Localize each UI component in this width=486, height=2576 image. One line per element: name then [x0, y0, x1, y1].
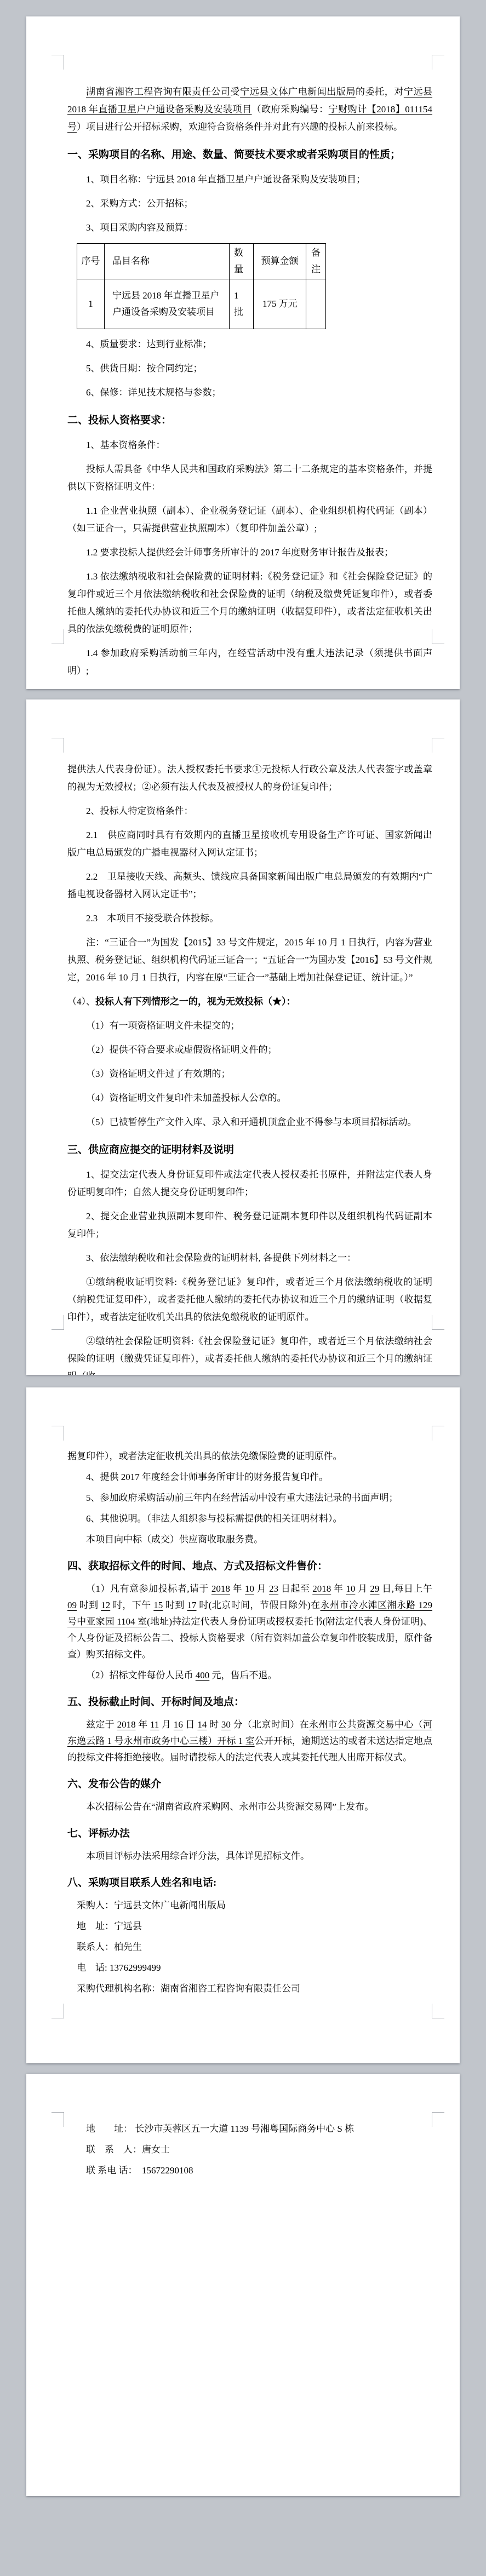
paragraph: 2.2 卫星接收天线、高频头、馈线应具备国家新闻出版广电总局颁发的有效期内“广播…	[67, 868, 432, 903]
paragraph: 2.1 供应商同时具有有效期内的直播卫星接收机专用设备生产许可证、国家新闻出版广…	[67, 827, 432, 862]
paragraph: 2、提交企业营业执照副本复印件、税务登记证副本复印件以及组织机构代码证副本复印件…	[67, 1208, 432, 1243]
text-run: 分（北京时间）在	[231, 1719, 309, 1730]
paragraph: 联 系 人：唐女士	[67, 2142, 432, 2158]
paragraph: 本次招标公告在“湖南省政府采购网、永州市公共资源交易网”上发布。	[67, 1799, 432, 1815]
paragraph: 1.3 依法缴纳税收和社会保险费的证明材料:《税务登记证》和《社会保险登记证》的…	[67, 568, 432, 638]
text-run: 17	[187, 1600, 197, 1610]
text-run: 时到	[163, 1600, 187, 1610]
table-cell	[306, 279, 326, 329]
procurement-table: 序号品目名称数量预算金额备注1宁远县 2018 年直播卫星户户通设备采购及安装项…	[77, 243, 326, 329]
text-run: 16	[174, 1719, 183, 1730]
margin-mark-br	[432, 1315, 444, 1330]
page-2: 提供法人代表身份证）。法人授权委托书要求①无投标人行政公章及法人代表签字或盖章的…	[26, 699, 460, 1375]
text-run: 2018	[312, 1584, 331, 1594]
paragraph: （1）有一项资格证明文件未提交的；	[67, 1017, 432, 1035]
text-run: 11	[150, 1719, 159, 1730]
paragraph: （3）资格证明文件过了有效期的；	[67, 1065, 432, 1083]
table-header-row: 序号品目名称数量预算金额备注	[77, 244, 326, 279]
section-heading: 一、采购项目的名称、用途、数量、简要技术要求或者采购项目的性质；	[67, 146, 432, 164]
text-run: 日起至	[278, 1584, 312, 1594]
paragraph: （5）已被暂停生产文件入库、录入和开通机顶盒企业不得参与本项目招标活动。	[67, 1114, 432, 1131]
text-run: ）项目进行公开招标采购，欢迎符合资格条件并对此有兴趣的投标人前来投标。	[77, 122, 403, 132]
paragraph: 1.4 参加政府采购活动前三年内，在经营活动中没有重大违法记录（须提供书面声明）…	[67, 645, 432, 680]
text-run: 29	[370, 1584, 379, 1594]
text-run: 2018	[211, 1584, 230, 1594]
paragraph: 提供法人代表身份证）。法人授权委托书要求①无投标人行政公章及法人代表签字或盖章的…	[67, 761, 432, 796]
margin-mark-tl	[52, 2112, 64, 2127]
section-heading: 八、采购项目联系人姓名和电话:	[67, 1874, 432, 1892]
section-heading: 七、评标办法	[67, 1825, 432, 1843]
page-content: 据复印件），或者法定征收机关出具的依法免缴保险费的证明原件。4、提供 2017 …	[67, 1387, 432, 2001]
text-run: 10	[346, 1584, 355, 1594]
text-run: 10	[245, 1584, 254, 1594]
text-run: 月	[254, 1584, 269, 1594]
paragraph: （1）凡有意参加投标者,请于 2018 年 10 月 23 日起至 2018 年…	[67, 1581, 432, 1663]
table-cell: 宁远县 2018 年直播卫星户户通设备采购及安装项目	[105, 279, 230, 329]
paragraph: ②缴纳社会保险证明资料:《社会保险登记证》复印件，或者近三个月依法缴纳社会保险的…	[67, 1333, 432, 1375]
text-run: 年	[230, 1584, 245, 1594]
section-heading: 四、获取招标文件的时间、地点、方式及招标文件售价：	[67, 1558, 432, 1575]
text-run: 年	[331, 1584, 346, 1594]
paragraph: 电 话: 13762999499	[67, 1960, 432, 1976]
paragraph: 1.5 法人授权委托书原件和被授权代表身份证（授权代表由法人代表本人担任的，仅须	[67, 686, 432, 689]
paragraph: 5、供货日期：按合同约定；	[67, 360, 432, 377]
table-header-cell: 数量	[230, 244, 254, 279]
table-header-cell: 预算金额	[254, 244, 306, 279]
table-header-cell: 品目名称	[105, 244, 230, 279]
margin-mark-br	[432, 2004, 444, 2018]
text-run: （1）凡有意参加投标者,请于	[86, 1584, 211, 1594]
paragraph: 2.3 本项目不接受联合体投标。	[67, 910, 432, 927]
margin-mark-bl	[52, 2004, 64, 2018]
page-1: 湖南省湘咨工程咨询有限责任公司受宁远县文体广电新闻出版局的委托，对宁远县 201…	[26, 16, 460, 689]
margin-mark-tl	[52, 55, 64, 70]
section-heading: 五、投标截止时间、开标时间及地点：	[67, 1694, 432, 1711]
paragraph: 地 址：宁远县	[67, 1918, 432, 1935]
paragraph: 2、采购方式：公开招标；	[67, 195, 432, 213]
paragraph: 1.1 企业营业执照（副本）、企业税务登记证（副本）、企业组织机构代码证（副本）…	[67, 502, 432, 537]
text-run: 12	[101, 1600, 110, 1610]
margin-mark-tr	[432, 2112, 444, 2127]
paragraph: 注：“三证合一”为国发【2015】33 号文件规定，2015 年 10 月 1 …	[67, 934, 432, 986]
table-header-cell: 备注	[306, 244, 326, 279]
margin-mark-br	[432, 629, 444, 644]
paragraph: 6、保修：详见技术规格与参数；	[67, 384, 432, 401]
margin-mark-tr	[432, 738, 444, 753]
text-run: 元，售后不退。	[209, 1670, 277, 1680]
paragraph: 本项目向中标（成交）供应商收取服务费。	[67, 1531, 432, 1548]
text-run: 宁远县文体广电新闻出版局	[240, 87, 356, 97]
margin-mark-tr	[432, 1426, 444, 1441]
section-heading: 六、发布公告的媒介	[67, 1776, 432, 1793]
text-run: 14	[197, 1719, 207, 1730]
paragraph: 湖南省湘咨工程咨询有限责任公司受宁远县文体广电新闻出版局的委托，对宁远县 201…	[67, 83, 432, 136]
text-run: 日	[183, 1719, 197, 1730]
text-run: 投标人有下列情形之一的，视为无效投标（★）：	[95, 996, 296, 1007]
table-row: 1宁远县 2018 年直播卫星户户通设备采购及安装项目1 批175 万元	[77, 279, 326, 329]
paragraph: 5、参加政府采购活动前三年内在经营活动中没有重大违法记录的书面声明；	[67, 1490, 432, 1506]
table-header-cell: 序号	[77, 244, 105, 279]
paragraph: 1、项目名称：宁远县 2018 年直播卫星户户通设备采购及安装项目；	[67, 171, 432, 188]
paragraph: 2、投标人特定资格条件：	[67, 802, 432, 820]
margin-mark-bl	[52, 1315, 64, 1330]
paragraph: 3、项目采购内容及预算：	[67, 219, 432, 237]
paragraph: （2）招标文件每份人民币 400 元，售后不退。	[67, 1667, 432, 1684]
paragraph: 地 址： 长沙市芙蓉区五一大道 1139 号湘粤国际商务中心 S 栋	[67, 2121, 432, 2137]
margin-mark-tl	[52, 738, 64, 753]
text-run: 兹定于	[86, 1719, 117, 1730]
page-content: 提供法人代表身份证）。法人授权委托书要求①无投标人行政公章及法人代表签字或盖章的…	[67, 699, 432, 1375]
table-cell: 1	[77, 279, 105, 329]
paragraph: ①缴纳税收证明资料:《税务登记证》复印件，或者近三个月依法缴纳税收的证明（纳税凭…	[67, 1273, 432, 1326]
document-viewer: 湖南省湘咨工程咨询有限责任公司受宁远县文体广电新闻出版局的委托，对宁远县 201…	[0, 0, 486, 2576]
table-cell: 175 万元	[254, 279, 306, 329]
paragraph: （2）提供不符合要求或虚假资格证明文件的；	[67, 1041, 432, 1059]
paragraph: 据复印件），或者法定征收机关出具的依法免缴保险费的证明原件。	[67, 1448, 432, 1465]
text-run: 年	[136, 1719, 150, 1730]
paragraph: 联 系电 话： 15672290108	[67, 2162, 432, 2179]
paragraph: 兹定于 2018 年 11 月 16 日 14 时 30 分（北京时间）在永州市…	[67, 1717, 432, 1766]
text-run: 时(北京时间，节假日除外)在	[197, 1600, 321, 1610]
paragraph: （4）、投标人有下列情形之一的，视为无效投标（★）：	[67, 993, 432, 1011]
text-run: 15	[153, 1600, 163, 1610]
paragraph: 投标人需具备《中华人民共和国政府采购法》第二十二条规定的基本资格条件，并提供以下…	[67, 461, 432, 496]
text-run: 09	[67, 1600, 77, 1610]
text-run: 时到	[77, 1600, 101, 1610]
paragraph: 4、提供 2017 年度经会计师事务所审计的财务报告复印件。	[67, 1469, 432, 1485]
text-run: 月	[159, 1719, 173, 1730]
text-run: 日,每日上午	[379, 1584, 432, 1594]
page-content: 地 址： 长沙市芙蓉区五一大道 1139 号湘粤国际商务中心 S 栋联 系 人：…	[67, 2074, 432, 2183]
text-run: 月	[355, 1584, 370, 1594]
paragraph: 1、提交法定代表人身份证复印件或法定代表人授权委托书原件，并附法定代表人身份证明…	[67, 1166, 432, 1201]
text-run: 23	[269, 1584, 278, 1594]
page-content: 湖南省湘咨工程咨询有限责任公司受宁远县文体广电新闻出版局的委托，对宁远县 201…	[67, 16, 432, 689]
text-run: 2018	[117, 1719, 136, 1730]
margin-mark-tl	[52, 1426, 64, 1441]
text-run: （4）、	[67, 996, 95, 1007]
paragraph: 采购人：宁远县文体广电新闻出版局	[67, 1897, 432, 1914]
table-cell: 1 批	[230, 279, 254, 329]
paragraph: 1.2 要求投标人提供经会计师事务所审计的 2017 年度财务审计报告及报表；	[67, 544, 432, 561]
paragraph: 4、质量要求：达到行业标准；	[67, 336, 432, 353]
section-heading: 二、投标人资格要求：	[67, 411, 432, 430]
text-run: 30	[221, 1719, 231, 1730]
section-heading: 三、供应商应提交的证明材料及说明	[67, 1141, 432, 1160]
text-run: （政府采购编号：	[252, 104, 329, 114]
text-run: 受	[231, 87, 241, 97]
text-run: 的委托，对	[356, 87, 404, 97]
text-run: 时，下午	[110, 1600, 153, 1610]
paragraph: （4）资格证明文件复印件未加盖投标人公章的。	[67, 1089, 432, 1107]
margin-mark-tr	[432, 55, 444, 70]
paragraph: 6、其他说明。（非法人组织参与投标需提供的相关证明材料）。	[67, 1511, 432, 1527]
paragraph: 本项目评标办法采用综合评分法，具体详见招标文件。	[67, 1848, 432, 1864]
text-run: 时	[207, 1719, 221, 1730]
text-run: （2）招标文件每份人民币	[86, 1670, 196, 1680]
paragraph: 3、依法缴纳税收和社会保险费的证明材料, 各提供下列材料之一：	[67, 1249, 432, 1267]
text-run: 湖南省湘咨工程咨询有限责任公司	[86, 87, 231, 97]
text-run: 400	[196, 1670, 210, 1680]
paragraph: 采购代理机构名称：湖南省湘咨工程咨询有限责任公司	[67, 1981, 432, 1997]
page-4: 地 址： 长沙市芙蓉区五一大道 1139 号湘粤国际商务中心 S 栋联 系 人：…	[26, 2074, 460, 2496]
margin-mark-bl	[52, 629, 64, 644]
page-3: 据复印件），或者法定征收机关出具的依法免缴保险费的证明原件。4、提供 2017 …	[26, 1387, 460, 2063]
paragraph: 联系人：柏先生	[67, 1939, 432, 1955]
paragraph: 1、基本资格条件：	[67, 437, 432, 454]
